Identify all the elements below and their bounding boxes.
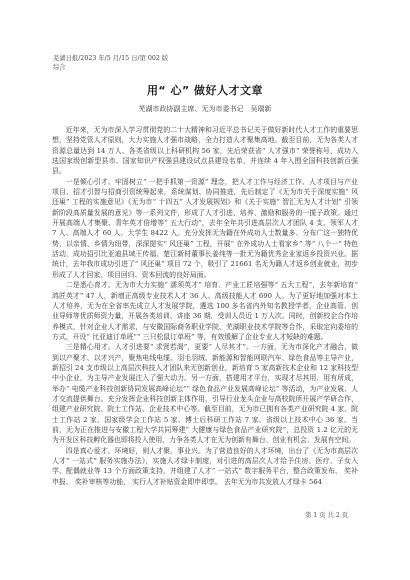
paragraph-use-talent: 三是精心用才。人才引进要“ 求贤若渴”，更要“ 人尽其才”。一方面，无为市深化产… — [52, 342, 358, 445]
paragraph-cultivate-talent: 二是悉心育才。无为市大力实施“ 濡须英才” 培育、产业工匠培强等“ 五大工程”，… — [52, 280, 358, 342]
article-title: 用“ 心” 做好人才文章 — [0, 82, 410, 98]
document-page: 芜湖日报/2023 年/5 月/15 日/第 002 版综合 用“ 心” 做好人… — [0, 0, 410, 580]
paragraph-intro: 近年来，无为市深入学习贯彻党的二十大精神和习近平总书记关于做好新时代人才工作的重… — [52, 125, 358, 177]
article-author: 芜湖市政协副主席、无为市委书记 吴瑞新 — [0, 104, 410, 114]
source-line: 芜湖日报/2023 年/5 月/15 日/第 002 版综合 — [53, 54, 173, 72]
article-body: 近年来，无为市深入学习贯彻党的二十大精神和习近平总书记关于做好新时代人才工作的重… — [52, 125, 358, 487]
paragraph-care-talent: 四是真心爱才。环境好，则人才聚、事业兴。为了营造良好的人才环境，出台了《无为市高… — [52, 446, 358, 487]
page-number: 第 1 页 共 2 页 — [305, 510, 348, 519]
paragraph-attract-talent: 一是倾心引才。牢固树立“ 一把手抓第一资源” 理念，把人才工作与经济工作、人才项… — [52, 177, 358, 280]
